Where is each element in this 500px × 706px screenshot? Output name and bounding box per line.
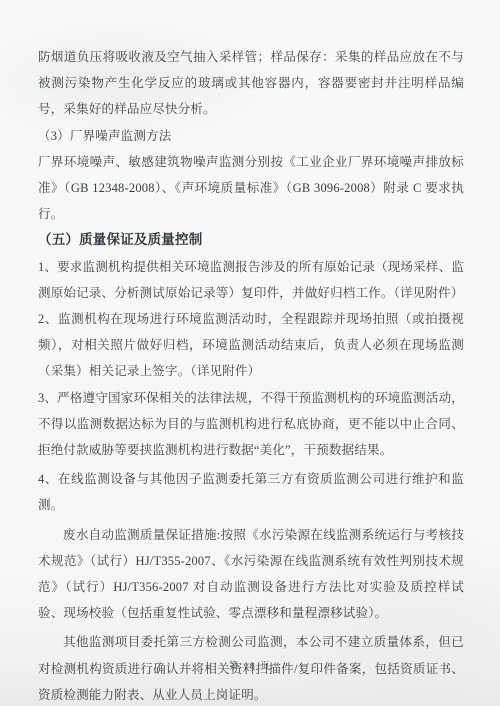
- paragraph-item-1-records: 1、要求监测机构提供相关环境监测报告涉及的所有原始记录（现场采样、监测原始记录、…: [38, 254, 464, 306]
- page-number: 第 18 页: [0, 658, 500, 672]
- paragraph-noise-standards: 厂界环境噪声、敏感建筑物噪声监测分别按《工业企业厂界环境噪声排放标准》（GB 1…: [38, 149, 464, 228]
- paragraph-item-4-third-party: 4、在线监测设备与其他因子监测委托第三方有资质监测公司进行维护和监测。: [38, 466, 464, 518]
- paragraph-item-3-compliance: 3、严格遵守国家环保相关的法律法规，不得干预监测机构的环境监测活动，不得以监测数…: [38, 385, 464, 464]
- paragraph-noise-method-title: （3）厂界噪声监测方法: [38, 123, 464, 149]
- paragraph-sample-preservation: 防烟道负压将吸收液及空气抽入采样管；样品保存：采集的样品应放在不与被测污染物产生…: [38, 44, 464, 123]
- paragraph-wastewater-auto-monitor: 废水自动监测质量保证措施:按照《水污染源在线监测系统运行与考核技术规范》（试行）…: [38, 522, 464, 627]
- paragraph-item-2-site-tracking: 2、监测机构在现场进行环境监测活动时，全程跟踪并现场拍照（或拍摄视频），对相关照…: [38, 306, 464, 385]
- scanned-document-page: 防烟道负压将吸收液及空气抽入采样管；样品保存：采集的样品应放在不与被测污染物产生…: [0, 0, 500, 706]
- section-heading-quality-assurance: （五）质量保证及质量控制: [38, 227, 464, 253]
- document-body: 防烟道负压将吸收液及空气抽入采样管；样品保存：采集的样品应放在不与被测污染物产生…: [38, 44, 464, 706]
